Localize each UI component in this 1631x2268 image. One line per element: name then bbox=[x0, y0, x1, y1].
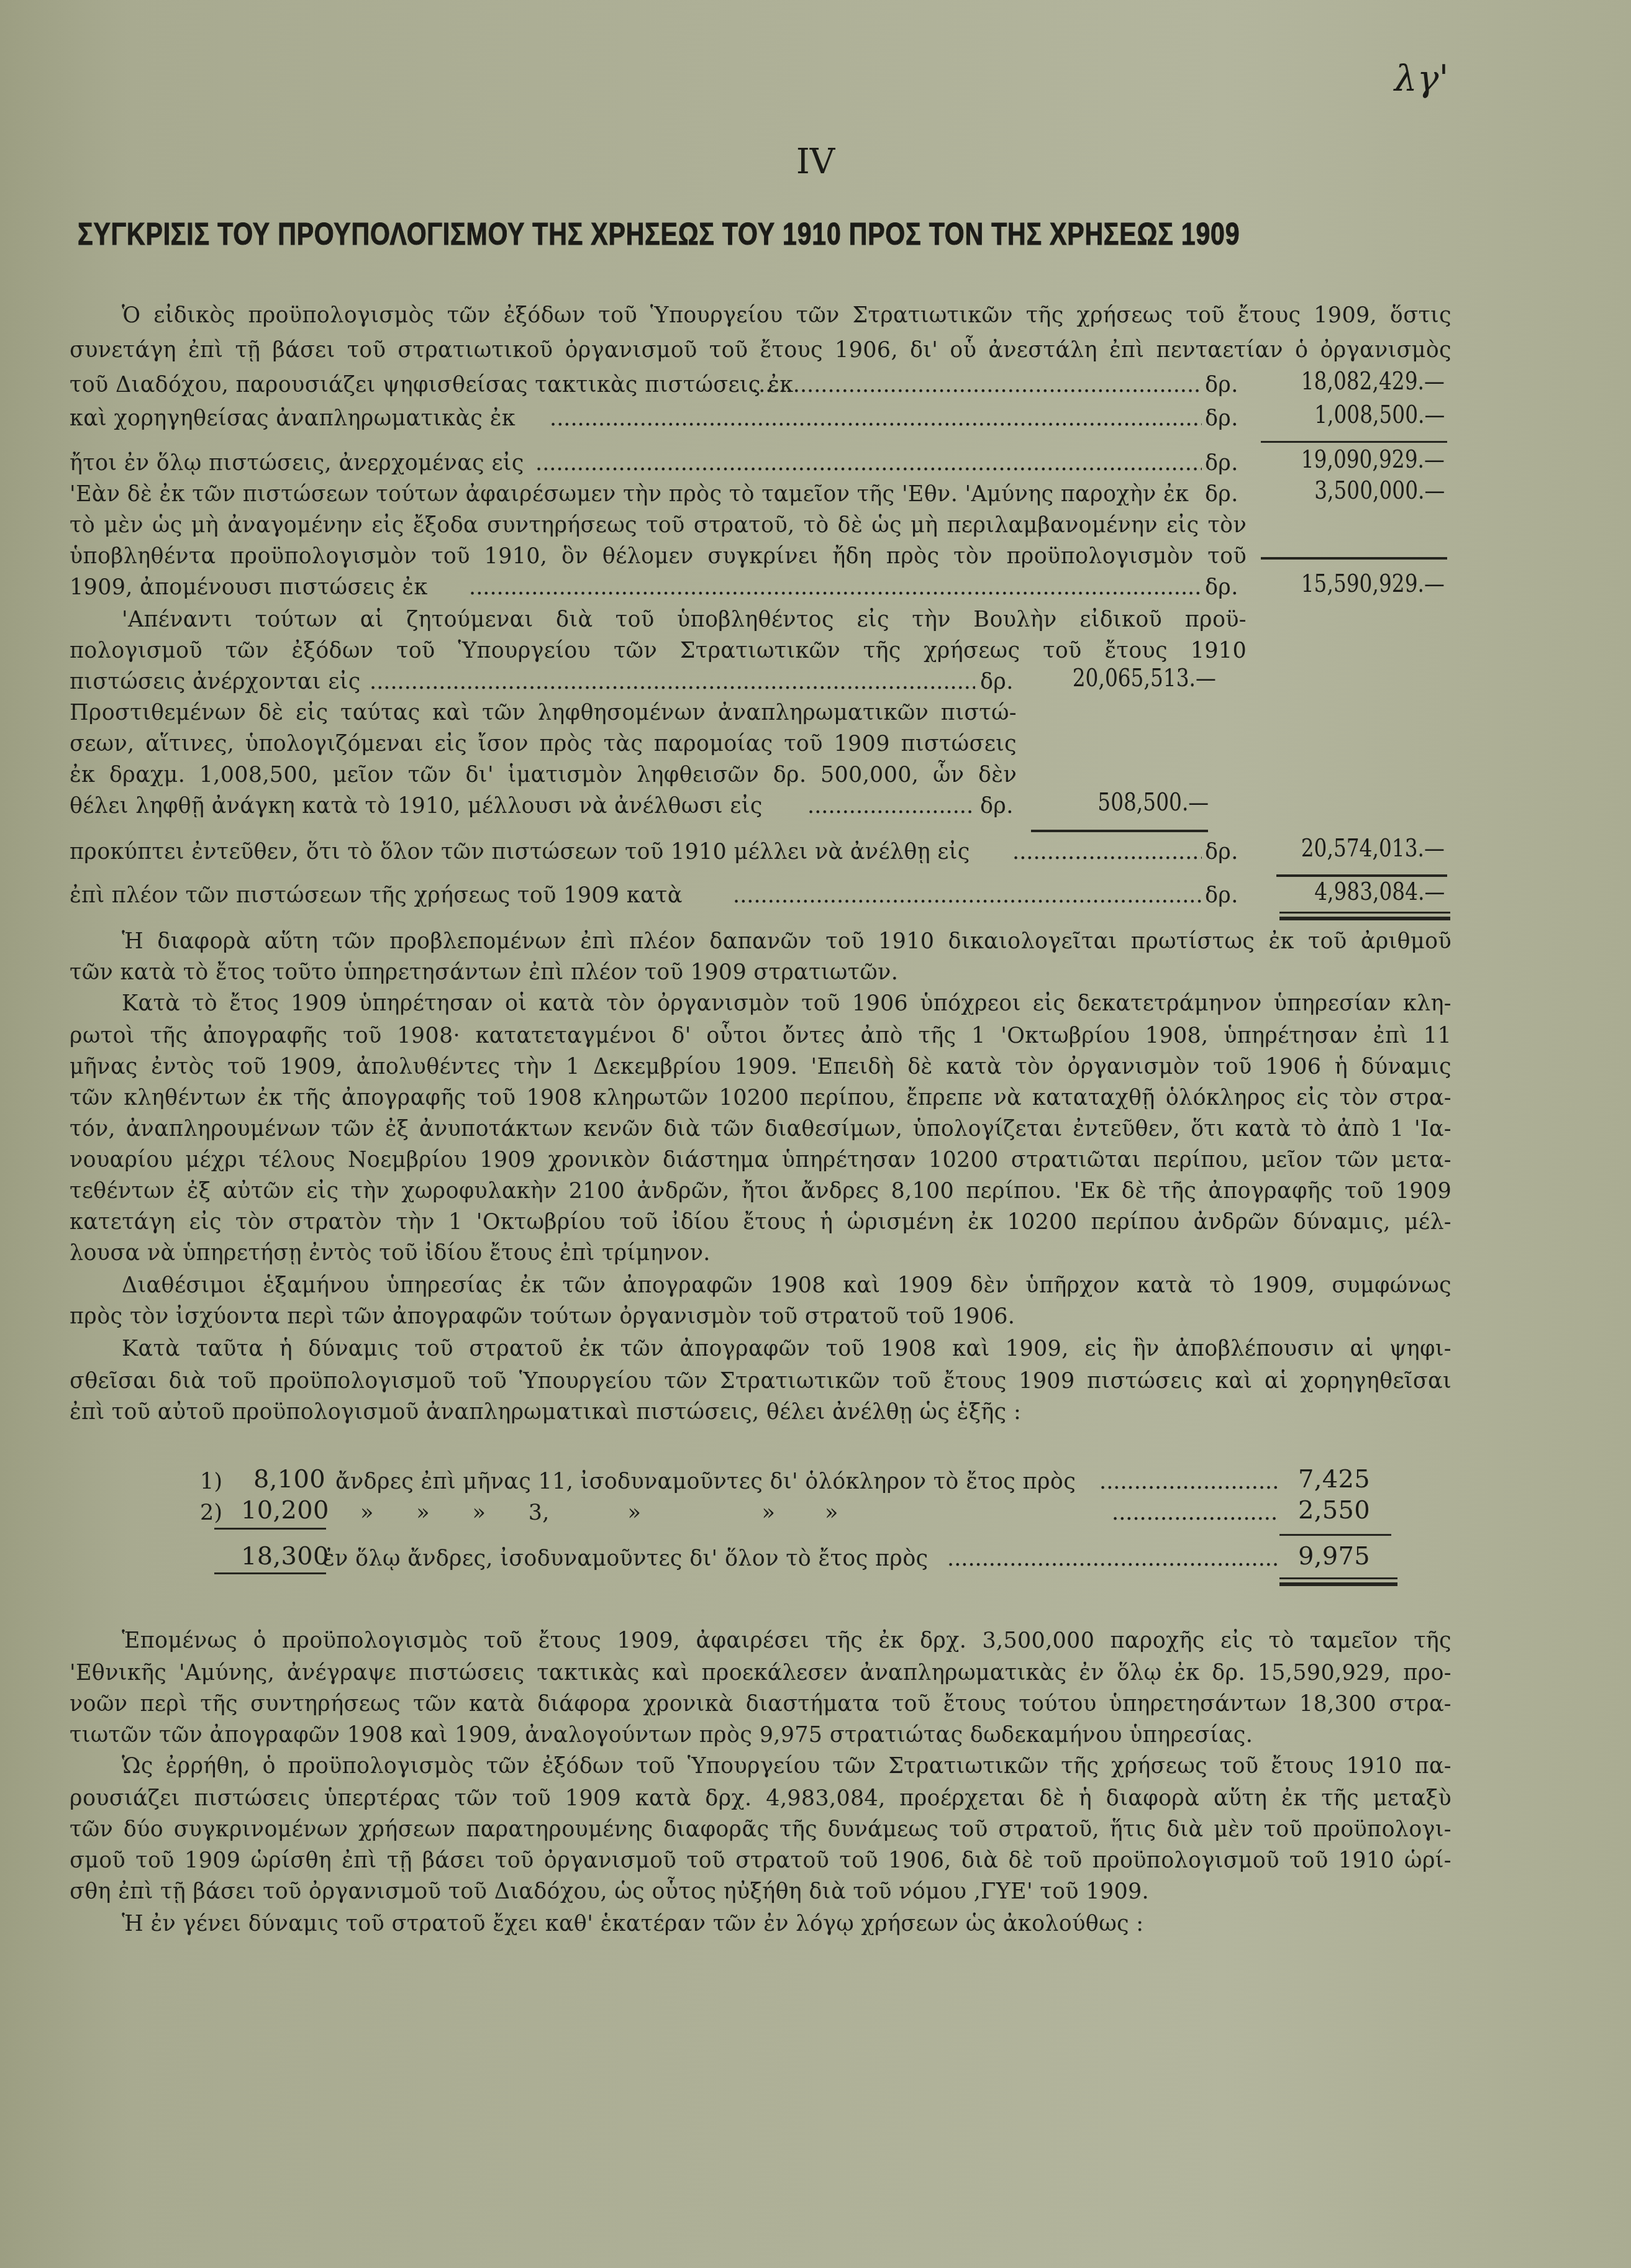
text-line: 'Εθνικῆς 'Αμύνης, ἀνέγραψε πιστώσεις τακ… bbox=[70, 1658, 1452, 1688]
row-label: θέλει ληφθῇ ἀνάγκη κατὰ τὸ 1910, μέλλουσ… bbox=[70, 791, 763, 821]
item-index: 1) bbox=[200, 1467, 223, 1497]
currency: δρ. bbox=[1205, 573, 1238, 602]
total-text: ἐν ὅλῳ ἄνδρες, ἰσοδυναμοῦντες δι' ὅλον τ… bbox=[323, 1544, 929, 1574]
currency: δρ. bbox=[980, 791, 1014, 821]
equiv-value: 2,550 bbox=[1298, 1495, 1370, 1525]
double-rule bbox=[1279, 917, 1450, 920]
text-line: μῆνας ἐντὸς τοῦ 1909, ἀπολυθέντες τὴν 1 … bbox=[70, 1052, 1452, 1082]
text-line: ρουσιάζει πιστώσεις ὑπερτέρας τῶν τοῦ 19… bbox=[70, 1784, 1452, 1813]
underline-rule bbox=[214, 1572, 326, 1574]
text-line: ρωτοὶ τῆς ἀπογραφῆς τοῦ 1908· κατατεταγμ… bbox=[70, 1021, 1452, 1051]
text-line: τεθέντων ἐξ αὐτῶν εἰς τὴν χωροφυλακὴν 21… bbox=[70, 1176, 1452, 1206]
text-line: πολογισμοῦ τῶν ἐξόδων τοῦ Ὑπουργείου τῶν… bbox=[70, 636, 1247, 666]
currency: δρ. bbox=[1205, 881, 1238, 910]
text-line: Ἡ ἐν γένει δύναμις τοῦ στρατοῦ ἔχει καθ'… bbox=[122, 1909, 1143, 1939]
dot-leader: ........................................… bbox=[1112, 1498, 1279, 1528]
amount: 19,090,929.— bbox=[1301, 445, 1445, 474]
text-line: τιωτῶν τῶν ἀπογραφῶν 1908 καὶ 1909, ἀναλ… bbox=[70, 1720, 1253, 1750]
text-line: Προστιθεμένων δὲ εἰς ταύτας καὶ τῶν ληφθ… bbox=[70, 698, 1017, 728]
men-count: 10,200 bbox=[241, 1495, 329, 1525]
amount: 20,065,513.— bbox=[1073, 663, 1216, 693]
section-number: IV bbox=[0, 142, 1631, 182]
text-line: πρὸς τὸν ἰσχύοντα περὶ τῶν ἀπογραφῶν τού… bbox=[70, 1302, 1015, 1331]
text-line: συνετάγη ἐπὶ τῇ βάσει τοῦ στρατιωτικοῦ ὀ… bbox=[70, 335, 1452, 365]
dot-leader: ........................................… bbox=[370, 667, 975, 697]
text-line: Κατὰ ταῦτα ἡ δύναμις τοῦ στρατοῦ ἐκ τῶν … bbox=[122, 1334, 1452, 1364]
sum-rule bbox=[1279, 1534, 1391, 1536]
text-line: Ἡ διαφορὰ αὕτη τῶν προβλεπομένων ἐπὶ πλέ… bbox=[122, 927, 1452, 956]
dot-leader: ........................................… bbox=[535, 448, 1202, 478]
currency: δρ. bbox=[1205, 448, 1238, 478]
dot-leader: ........................................… bbox=[550, 404, 1202, 433]
text-line: ἐπὶ τοῦ αὐτοῦ προϋπολογισμοῦ ἀναπληρωματ… bbox=[70, 1397, 1021, 1427]
total-equiv: 9,975 bbox=[1298, 1541, 1370, 1571]
section-title: ΣΥΓΚΡΙΣΙΣ ΤΟΥ ΠΡΟΥΠΟΛΟΓΙΣΜΟΥ ΤΗΣ ΧΡΗΣΕΩΣ… bbox=[78, 216, 1203, 252]
text-line: νοῶν περὶ τῆς συντηρήσεως τῶν κατὰ διάφο… bbox=[70, 1689, 1452, 1719]
text-line: λουσα νὰ ὑπηρετήσῃ ἐντὸς τοῦ ἰδίου ἔτους… bbox=[70, 1238, 711, 1268]
equiv-value: 7,425 bbox=[1298, 1464, 1370, 1494]
text-line: τῶν δύο συγκρινομένων χρήσεων παρατηρουμ… bbox=[70, 1815, 1452, 1844]
text-line: τῶν κατὰ τὸ ἔτος τοῦτο ὑπηρετησάντων ἐπὶ… bbox=[70, 958, 898, 987]
total-men: 18,300 bbox=[241, 1541, 329, 1571]
text-line: σεων, αἵτινες, ὑπολογιζόμεναι εἰς ἴσον π… bbox=[70, 729, 1017, 759]
row-label: πιστώσεις ἀνέρχονται εἰς bbox=[70, 667, 361, 697]
currency: δρ. bbox=[1205, 479, 1238, 509]
text-line: 'Απέναντι τούτων αἱ ζητούμεναι διὰ τοῦ ὑ… bbox=[122, 605, 1247, 635]
text-line: Ὡς ἐρρήθη, ὁ προϋπολογισμὸς τῶν ἐξόδων τ… bbox=[122, 1751, 1452, 1781]
page-number: λγ' bbox=[1394, 57, 1448, 99]
text-line: Ὁ εἰδικὸς προϋπολογισμὸς τῶν ἐξόδων τοῦ … bbox=[122, 301, 1452, 330]
amount: 1,008,500.— bbox=[1314, 400, 1445, 430]
men-count: 8,100 bbox=[253, 1464, 325, 1494]
currency: δρ. bbox=[1205, 404, 1238, 433]
item-index: 2) bbox=[200, 1498, 223, 1528]
text-line: σθεῖσαι διὰ τοῦ προϋπολογισμοῦ τοῦ Ὑπουρ… bbox=[70, 1366, 1452, 1396]
sum-rule bbox=[1031, 830, 1208, 832]
sum-rule bbox=[214, 1528, 326, 1530]
text-line: Διαθέσιμοι ἑξαμήνου ὑπηρεσίας ἐκ τῶν ἀπο… bbox=[122, 1271, 1452, 1300]
row-label: 'Εὰν δὲ ἐκ τῶν πιστώσεων τούτων ἀφαιρέσω… bbox=[70, 479, 1247, 509]
row-label: ἤτοι ἐν ὅλῳ πιστώσεις, ἀνερχομένας εἰς bbox=[70, 448, 524, 478]
text-line: κατετάγη εἰς τὸν στρατὸν τὴν 1 'Οκτωβρίο… bbox=[70, 1207, 1452, 1237]
double-rule bbox=[1279, 912, 1450, 914]
text-line: ὑποβληθέντα προϋπολογισμὸν τοῦ 1910, ὃν … bbox=[70, 542, 1247, 571]
dot-leader: ........................................… bbox=[1099, 1467, 1279, 1497]
dot-leader: ........................................… bbox=[1012, 837, 1202, 867]
text-line: σθη ἐπὶ τῇ βάσει τοῦ ὀργανισμοῦ τοῦ Διαδ… bbox=[70, 1877, 1149, 1907]
double-rule bbox=[1279, 1577, 1397, 1579]
dot-leader: ........................................… bbox=[469, 573, 1202, 602]
dot-leader: ........................................… bbox=[752, 370, 1202, 400]
text-line: ἐκ δραχμ. 1,008,500, μεῖον τῶν δι' ἱματι… bbox=[70, 760, 1017, 790]
text-line: τὸ μὲν ὡς μὴ ἀναγομένην εἰς ἔξοδα συντηρ… bbox=[70, 510, 1247, 540]
item-text: ἄνδρες ἐπὶ μῆνας 11, ἰσοδυναμοῦντες δι' … bbox=[335, 1467, 1076, 1497]
row-label: καὶ χορηγηθείσας ἀναπληρωματικὰς ἐκ bbox=[70, 404, 516, 433]
text-line: νουαρίου μέχρι τέλους Νοεμβρίου 1909 χρο… bbox=[70, 1145, 1452, 1175]
amount: 4,983,084.— bbox=[1314, 877, 1445, 907]
amount: 15,590,929.— bbox=[1301, 569, 1445, 599]
text-line: Ἑπομένως ὁ προϋπολογισμὸς τοῦ ἔτους 1909… bbox=[122, 1626, 1452, 1656]
text-line: σμοῦ τοῦ 1909 ὡρίσθη ἐπὶ τῇ βάσει τοῦ ὀρ… bbox=[70, 1846, 1452, 1876]
dot-leader: ........................................… bbox=[807, 791, 975, 821]
text-line: τόν, ἀναπληρουμένων τῶν ἐξ ἀνυποτάκτων κ… bbox=[70, 1114, 1452, 1144]
double-rule bbox=[1279, 1582, 1397, 1586]
text-line: τῶν κληθέντων ἐκ τῆς ἀπογραφῆς τοῦ 1908 … bbox=[70, 1083, 1452, 1113]
currency: δρ. bbox=[1205, 370, 1238, 400]
currency: δρ. bbox=[980, 667, 1014, 697]
document-page: λγ' IV ΣΥΓΚΡΙΣΙΣ ΤΟΥ ΠΡΟΥΠΟΛΟΓΙΣΜΟΥ ΤΗΣ … bbox=[0, 0, 1631, 2268]
row-label: 1909, ἀπομένουσι πιστώσεις ἐκ bbox=[70, 573, 428, 602]
row-label: προκύπτει ἐντεῦθεν, ὅτι τὸ ὅλον τῶν πιστ… bbox=[70, 837, 970, 867]
amount: 3,500,000.— bbox=[1314, 476, 1445, 506]
item-text: » » » 3, » » » bbox=[360, 1498, 838, 1528]
dot-leader: ........................................… bbox=[947, 1544, 1279, 1574]
amount: 18,082,429.— bbox=[1301, 366, 1445, 396]
row-label: ἐπὶ πλέον τῶν πιστώσεων τῆς χρήσεως τοῦ … bbox=[70, 881, 683, 910]
sum-rule bbox=[1261, 441, 1447, 443]
text-line: Κατὰ τὸ ἔτος 1909 ὑπηρέτησαν οἱ κατὰ τὸν… bbox=[122, 989, 1452, 1018]
amount: 20,574,013.— bbox=[1301, 833, 1445, 863]
currency: δρ. bbox=[1205, 837, 1238, 867]
dot-leader: ........................................… bbox=[733, 881, 1202, 910]
sum-rule bbox=[1261, 557, 1447, 560]
row-label: τοῦ Διαδόχου, παρουσιάζει ψηφισθείσας τα… bbox=[70, 370, 793, 400]
amount: 508,500.— bbox=[1097, 787, 1209, 817]
